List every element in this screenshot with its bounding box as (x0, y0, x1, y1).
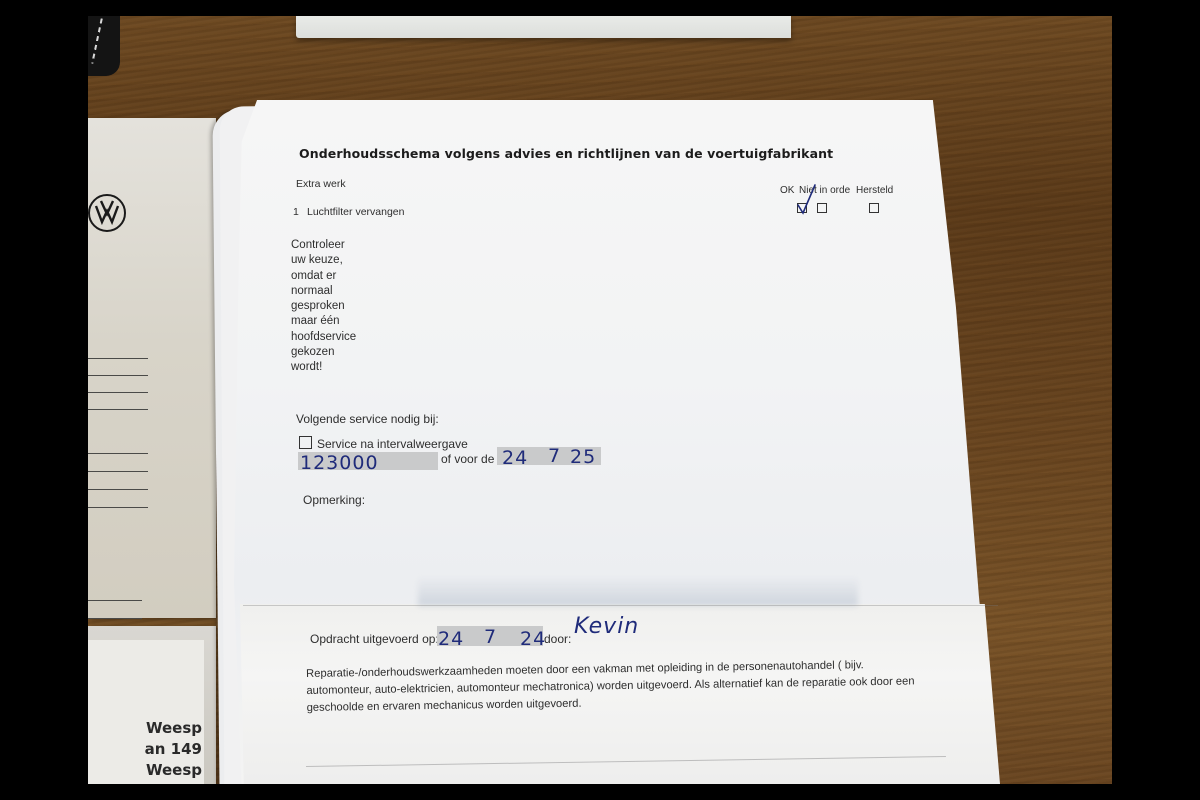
vw-letter (88, 118, 216, 618)
status-col-hersteld: Hersteld (856, 185, 893, 196)
executed-date-year: 24 (520, 628, 546, 650)
next-date-month: 7 (548, 445, 561, 467)
item-number: 1 (293, 206, 299, 218)
handwritten-check-icon (795, 183, 817, 215)
mileage-handwritten: 123000 (300, 452, 379, 474)
section-label: Extra werk (296, 178, 346, 190)
note-line: maar één (291, 314, 356, 329)
status-col-ok: OK (780, 185, 794, 196)
form-title: Onderhoudsschema volgens advies en richt… (299, 146, 833, 161)
address-card: Weesp an 149 Weesp 00000 (88, 626, 216, 784)
executed-by-label: door: (544, 632, 571, 646)
form-line (88, 409, 148, 410)
signature: Kevin (574, 614, 639, 639)
checkbox-hersteld[interactable] (869, 203, 879, 213)
executed-date-day: 24 (438, 628, 464, 650)
shadow (418, 576, 858, 606)
form-line (88, 618, 142, 619)
address-line: an 149 (88, 739, 202, 760)
remark-label: Opmerking: (303, 493, 365, 507)
form-line (88, 375, 148, 376)
next-date-day: 24 (502, 447, 528, 469)
next-date-year: 25 (570, 446, 596, 468)
note-line: wordt! (291, 360, 356, 375)
checkbox-niet-in-orde[interactable] (817, 203, 827, 213)
form-line (88, 471, 148, 472)
note-line: hoofdservice (291, 330, 356, 345)
form-line (88, 392, 148, 393)
note-line: gesproken (291, 299, 356, 314)
address-block: Weesp an 149 Weesp 00000 (88, 718, 204, 784)
top-paper-box (296, 16, 791, 38)
interval-checkbox-label: Service na intervalweergave (317, 437, 468, 451)
executed-label: Opdracht uitgevoerd op: (310, 632, 439, 646)
instruction-note: Controleer uw keuze, omdat er normaal ge… (291, 238, 356, 376)
form-line (88, 600, 142, 601)
disclaimer: Reparatie-/onderhoudswerkzaamheden moete… (306, 656, 915, 717)
next-service-label: Volgende service nodig bij: (296, 412, 439, 426)
address-line: 00000 (88, 781, 202, 784)
photo-background: Weesp an 149 Weesp 00000 Onderhoudsschem… (88, 16, 1112, 784)
black-key-fob (88, 16, 120, 76)
executed-date-month: 7 (484, 626, 497, 648)
form-line (88, 507, 148, 508)
note-line: uw keuze, (291, 253, 356, 268)
address-line: Weesp (88, 718, 202, 739)
item-label: Luchtfilter vervangen (307, 206, 404, 218)
note-line: normaal (291, 284, 356, 299)
address-line: Weesp (88, 760, 202, 781)
form-line (88, 489, 148, 490)
form-line (88, 358, 148, 359)
fold-line (243, 605, 998, 606)
note-line: gekozen (291, 345, 356, 360)
note-line: omdat er (291, 269, 356, 284)
form-line (88, 453, 148, 454)
vw-logo-icon (88, 194, 126, 232)
interval-checkbox[interactable] (299, 436, 312, 449)
or-before-label: of voor de (441, 452, 494, 466)
note-line: Controleer (291, 238, 356, 253)
